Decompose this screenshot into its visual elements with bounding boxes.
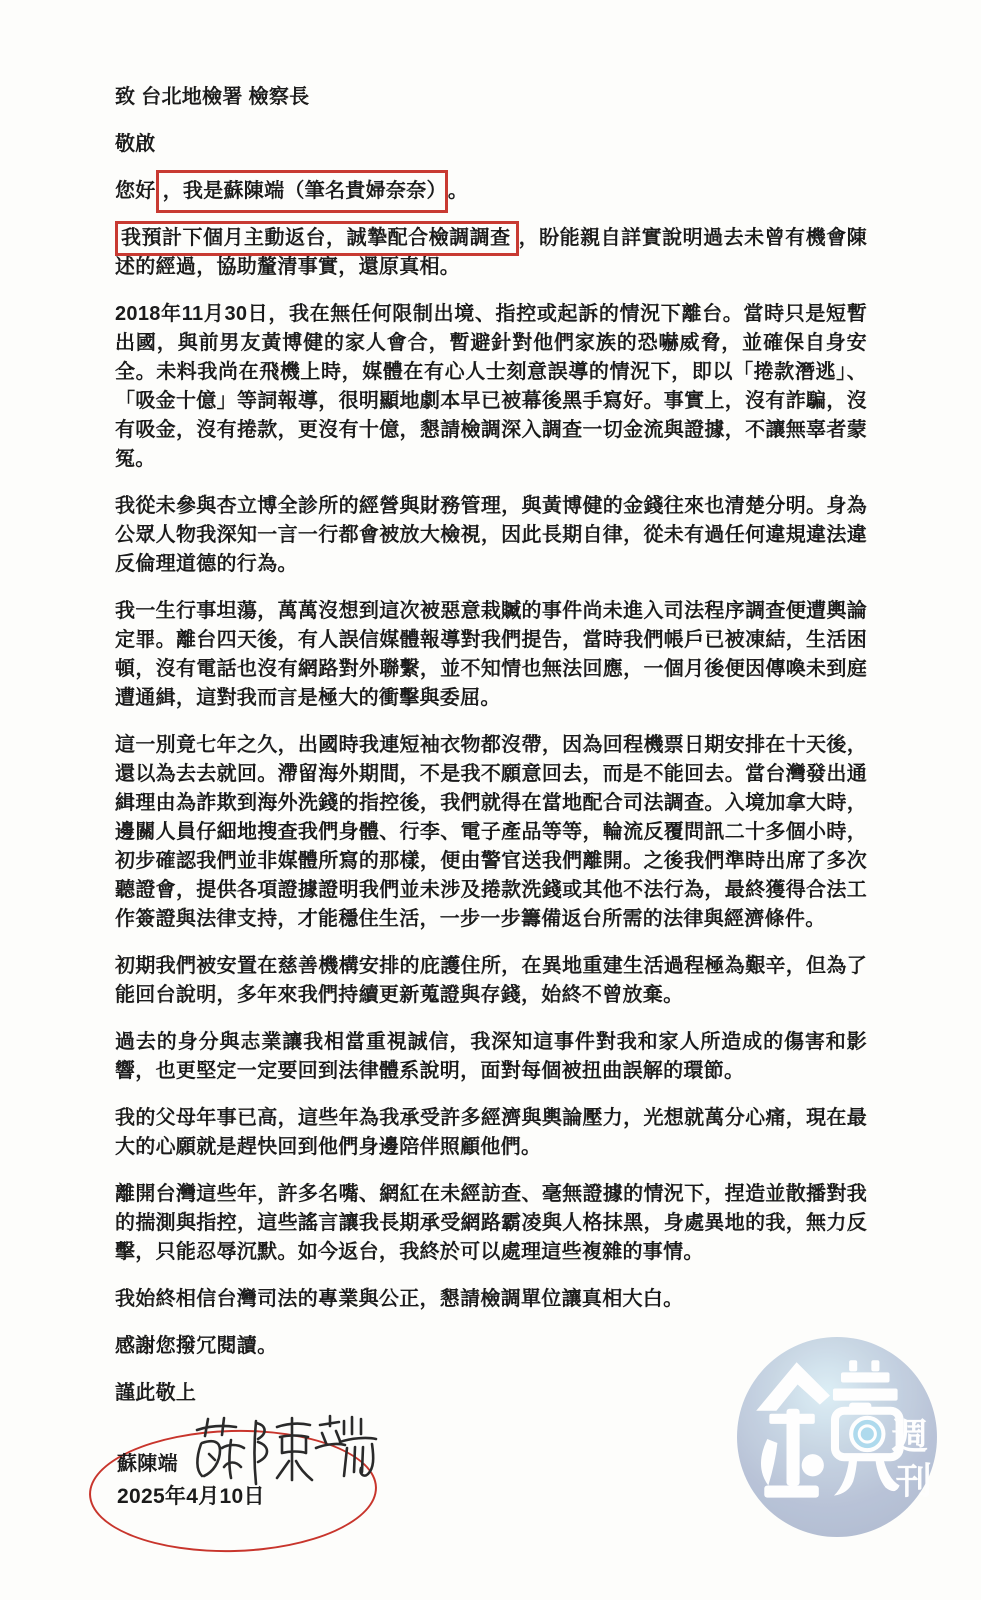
letter-paragraph: 這一別竟七年之久，出國時我連短袖衣物都沒帶，因為回程機票日期安排在十天後，還以為… xyxy=(115,731,867,934)
highlight-box-identity: ，我是蘇陳端（筆名貴婦奈奈） xyxy=(156,170,448,213)
salutation-line: 敬啟 xyxy=(115,130,867,159)
letter-paragraph: 我始終相信台灣司法的專業與公正，懇請檢調單位讓真相大白。 xyxy=(115,1285,867,1314)
letter-paragraph: 我從未參與杏立博全診所的經營與財務管理，與黃博健的金錢往來也清楚分明。身為公眾人… xyxy=(115,492,867,579)
letter-paragraph: 我一生行事坦蕩，萬萬沒想到這次被惡意栽贓的事件尚未進入司法程序調查便遭輿論定罪。… xyxy=(115,597,867,713)
watermark-char-kan: 刊 xyxy=(896,1461,932,1502)
letter-paragraph: 過去的身分與志業讓我相當重視誠信，我深知這事件對我和家人所造成的傷害和影響，也更… xyxy=(115,1028,867,1086)
recipient-line: 致 台北地檢署 檢察長 xyxy=(115,83,867,112)
greeting-highlight-text: ，我是蘇陳端（筆名貴婦奈奈） xyxy=(163,180,437,202)
intro-highlight-text: 我預計下個月主動返台，誠摯配合檢調調查 xyxy=(121,227,511,249)
greeting-line: 您好，我是蘇陳端（筆名貴婦奈奈）。 xyxy=(115,177,867,206)
mirror-weekly-logo: 週 刊 xyxy=(736,1336,938,1538)
letter-paragraph: 2018年11月30日，我在無任何限制出境、指控或起訴的情況下離台。當時只是短暫… xyxy=(115,300,867,474)
signature-date: 2025年4月10日 xyxy=(117,1482,265,1511)
watermark-char-week: 週 xyxy=(892,1416,928,1457)
scanned-letter-page: 致 台北地檢署 檢察長 敬啟 您好，我是蘇陳端（筆名貴婦奈奈）。 我預計下個月主… xyxy=(0,0,981,1600)
greeting-prefix: 您好 xyxy=(115,180,156,202)
letter-paragraph: 我的父母年事已高，這些年為我承受許多經濟與輿論壓力，光想就萬分心痛，現在最大的心… xyxy=(115,1104,867,1162)
letter-paragraph: 離開台灣這些年，許多名嘴、網紅在未經訪查、毫無證據的情況下，捏造並散播對我的揣測… xyxy=(115,1180,867,1267)
signature-printed-name: 蘇陳端 xyxy=(117,1450,178,1479)
greeting-suffix: 。 xyxy=(448,180,468,202)
paragraph-list: 2018年11月30日，我在無任何限制出境、指控或起訴的情況下離台。當時只是短暫… xyxy=(115,300,867,1314)
intro-paragraph: 我預計下個月主動返台，誠摯配合檢調調查，盼能親自詳實說明過去未曾有機會陳述的經過… xyxy=(115,224,867,282)
highlight-box-return-statement: 我預計下個月主動返台，誠摯配合檢調調查 xyxy=(115,221,519,256)
letter-paragraph: 初期我們被安置在慈善機構安排的庇護住所，在異地重建生活過程極為艱辛，但為了能回台… xyxy=(115,952,867,1010)
